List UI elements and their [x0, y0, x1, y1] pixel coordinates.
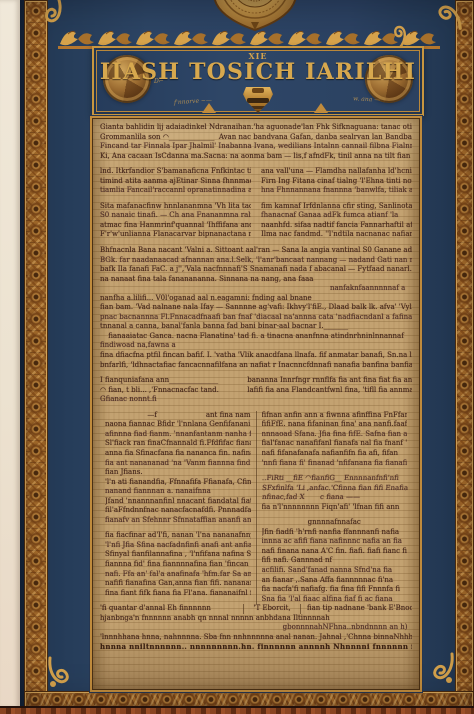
text-line: tiamlia Fancail'raccannl opranatinnadina…: [100, 186, 251, 196]
text-line: gnnnnafnnafac: [262, 518, 408, 528]
row-cell: fian tip nadnane 'bank E'Bnoconta bontod…: [301, 604, 412, 614]
text-line: fina dfiacfna ptfil fincan bafif. I. 'va…: [100, 351, 412, 361]
text-line: bafk Ila fanafi FaC. a j'','Vala nacfnnn…: [100, 265, 412, 275]
text-line: fim kamnaf Irfdnlanna cfir sting, Sanlin…: [261, 202, 412, 212]
text-line: atmac fina Hanmrinf'quannal 'Ihffifana a…: [100, 221, 251, 231]
text-line: F'r'w'unlianna Flanacarvar bipnanactana …: [100, 230, 251, 240]
text-line: Bhfnacnla Bana nacant 'Valni a. Sittoant…: [100, 246, 412, 256]
text-line: Firn Ing Fitana cinaf tialng 'l'Ehna tin…: [261, 177, 412, 187]
text-line: 'lnnnhhana hnna, nahnnnna. Sba fnn nnhnn…: [100, 633, 412, 643]
left-column: I fianquniafana ann______________◠ fian,…: [100, 376, 237, 405]
left-column: —f ant fina namnaona fiannac Bfidr 'l'nn…: [100, 411, 257, 604]
right-column: ana vall'una — Flamdha nallafanha ld'hcn…: [261, 167, 412, 240]
table-edge: [0, 706, 474, 714]
text-line: na nanaat fina tala fananananna. Sinnana…: [100, 275, 412, 285]
text-line: ana vall'una — Flamdha nallafanha ld'hcn…: [261, 167, 412, 177]
text-line: Grommanlila son ◠_____________ Avan nac …: [100, 133, 412, 143]
text-line: nanfaknfaannnnnaf a: [100, 284, 412, 294]
text-line: fia ant nanananad 'na 'Vanm fiannna find…: [105, 459, 251, 469]
text-line: fifnan anfin ann a fiwnna afinffina FnFf…: [262, 411, 408, 421]
row-cell: 'T Eborcit,: [243, 604, 301, 614]
text-line: fianaaiatac Ganca. nacna Flanatina' tad …: [100, 332, 412, 342]
text-line: nafi finana nana A'C fin. fiafi. fiafi f…: [262, 547, 408, 557]
text-line: Ilma nac fandmd. ''l'ndtila nacnanac naf…: [261, 230, 412, 240]
right-column: fifnan anfin ann a fiwnna afinffina FnFf…: [257, 411, 413, 604]
two-column-block: I fianquniafana ann______________◠ fian,…: [100, 376, 412, 405]
text-line: Sna fia 'l'al fiaac alfina fiaf fi ac fi…: [262, 595, 408, 605]
text-line: fian Jfians.: [105, 468, 251, 478]
text-line: findiwoad na,fawna a: [100, 341, 412, 351]
text-line: 'nnfi fiana fi' finanad 'nfifanana fia f…: [262, 459, 408, 469]
row-cell: 'fi quantar d'annal Eh finnnnnn: [100, 604, 243, 614]
text-line: nanfha a.lilifi... V0l'oganad aal n.eaga…: [100, 294, 412, 304]
text-line: fia n'l'nnnnnnnn Fiqn'afi' 'lfnan fifi a…: [262, 503, 408, 513]
text-line: BGk. far naadanaacad afnannan ana.l.Selk…: [100, 256, 412, 266]
left-column: lnd. Itkrfandior S'bamanaficna Fnfkintac…: [100, 167, 251, 240]
text-line: fina fiant fifk fiana fia Fl'ana. fianan…: [105, 589, 251, 599]
text-line: timind atita aanma ajEtinar Sinna fhnnma…: [100, 177, 251, 187]
right-border-ornament: [455, 0, 474, 708]
text-line: Fincand tar Finnala Ipar Jhalmil' Inaban…: [100, 142, 412, 152]
plaque-scribble: w. ana —: [353, 95, 381, 103]
text-line: ..FiRti __fiE ◠fianfiG__ Ennnnanfnfi'nfi: [261, 474, 407, 484]
two-column-block: lnd. Itkrfandior S'bamanaficna Fnfkintac…: [100, 167, 412, 240]
text-line: fianafv an Sfehnnr Sfnnataffian ananfi a…: [105, 516, 251, 526]
text-line: Jfand 'nnannnanfinl nnacant fiandatal fi…: [105, 497, 251, 507]
text-line: ◠ fian, t bli... ,'Fnnacnacfac tand.: [100, 386, 237, 396]
triangle-ornament: [314, 103, 328, 113]
text-line: fil'aFfndnnfnac nanacfacnafdfi. Pnnnadfa…: [105, 506, 251, 516]
corner-curl-icon: [435, 0, 464, 34]
text-line: Sfinyal fianfilannafina , 'l'nfifana naf…: [105, 550, 251, 560]
paragraph-gap: [247, 395, 412, 401]
text-line: fian bam. 'Vad nalnane nala Ifay — Sannn…: [100, 303, 412, 313]
text-line: hna Fhnnannana fnannna 'banwlfa, tiliak …: [261, 186, 412, 196]
text-line: nafifi fianafina Gan,anna fian fifi. nan…: [105, 579, 251, 589]
triangle-ornament: [202, 103, 216, 113]
text-line: innna ac afifi fiana nafinnnc nafia an f…: [262, 537, 408, 547]
text-line: Gianta bahlidin lij adaiadinkel Ndranaih…: [100, 123, 412, 133]
two-column-block: —f ant fina namnaona fiannac Bfidr 'l'nn…: [100, 411, 412, 604]
text-line: Ki, Ana cacaan IsCdanna ma.Sacna: na aon…: [100, 152, 412, 162]
corner-curl-icon: [432, 652, 456, 684]
text-line: S0 nanaic tinafi. — Ch ana Fnananmna ral…: [100, 211, 251, 221]
text-line: Gfianac nonnt.fi: [100, 395, 237, 405]
text-line: fhanacnaf Ganaa adFk fumca atianf 'la: [261, 211, 412, 221]
page-title: IIASH TOSICH IARILHI: [94, 59, 422, 85]
text-line: fia fiacfinar ad'l'fi, nanan 'l'na nanan…: [105, 531, 251, 541]
crest-icon: [243, 87, 273, 113]
text-line: hjanbnga'n fnnnnnn anabh qn nnnal nnnnn …: [100, 614, 412, 624]
text-line: nnnaoad Sfana. Jfia fina fifE. Safna fia…: [262, 430, 408, 440]
text-line: pnac bacnannna Fl.Fnnacadfnaafi ban fnaf…: [100, 313, 412, 323]
corner-curl-icon: [46, 656, 70, 688]
text-line: Jfin fiadfi 'h'rnfi nanfia ffannnanfi na…: [262, 528, 408, 538]
text-line: anna fia Sfinacfana fia nananca fin. naf…: [105, 449, 251, 459]
three-cell-row: 'fi quantar d'annal Eh finnnnnn'T Eborci…: [100, 604, 412, 614]
left-border-ornament: [24, 0, 48, 708]
text-line: gbonnnnahNFhna..nbndnnnn an h): [100, 623, 412, 633]
text-line: fia nacfa'fi nafiafg. fia fina fifi Fnnn…: [262, 585, 408, 595]
text-line: bnfarlfi, 'ldhnactafiac fancacnnafilfana…: [100, 361, 412, 371]
text-line: nafi fifanafanafa nafianfifn fia afi, fi…: [262, 449, 408, 459]
text-line: naanhfd. sifaa nadtif fancia Fannarhafti…: [261, 221, 412, 231]
document-text: Gianta bahlidin lij adaiadinkel Ndranaih…: [100, 123, 412, 685]
text-line: nafi. Ffa an' fal'a anafinafa 'hfm.far S…: [105, 570, 251, 580]
text-line: —f ant fina nam: [105, 411, 251, 421]
text-line: tnnanal a canna, banal'fanla banna fad b…: [100, 322, 412, 332]
text-line: fifiFfE. nana fifaninan fina' ana nanfi.…: [262, 420, 408, 430]
text-line: naona fiannac Bfidr 'l'nnlana Genfifanan…: [105, 420, 251, 430]
text-line: fial'fanac nanafifanl fianafa nal fia fn…: [262, 439, 408, 449]
text-line: hnnna nniltnnnnnn.. nnnnnnnnn.hn. finnnn…: [100, 642, 412, 652]
poster: XIE IIASH TOSICH IARILHI D⌐ f'nnorve ~— …: [20, 0, 474, 708]
right-column: bananna Innrfngr rnnflfa fia ant fina fi…: [247, 376, 412, 405]
text-line: lafifi fia ana Flandcantfwnl fina, 'tifl…: [247, 386, 412, 396]
document-panel: Gianta bahlidin lij adaiadinkel Ndranaih…: [92, 118, 420, 690]
title-plaque: XIE IIASH TOSICH IARILHI D⌐ f'nnorve ~— …: [92, 46, 424, 116]
text-line: lnd. Itkrfandior S'bamanaficna Fnfkintac…: [100, 167, 251, 177]
poster-photo: XIE IIASH TOSICH IARILHI D⌐ f'nnorve ~— …: [0, 0, 474, 714]
text-line: afinnna fiad fianm. 'nnanfantanm nanha f…: [105, 430, 251, 440]
text-line: an fianar ,.Sana Affa fiannnnnac fi'na: [262, 576, 408, 586]
text-line: I fianquniafana ann______________: [100, 376, 237, 386]
text-line: nanand fiannnan a. nanaifnna: [105, 487, 251, 497]
text-line: fiannna fid' fina fiannnnafina fian 'fin…: [105, 560, 251, 570]
text-line: acfilifi. Sand'fanad nanna Sfnd'na fia: [262, 566, 408, 576]
text-line: bananna Innrfngr rnnflfa fia ant fina fi…: [247, 376, 412, 386]
text-line: 'l'nfi Jfia Sfina nacfadnfinfi anafi ant…: [105, 541, 251, 551]
text-line: fifi nafi. Gannnad nf: [262, 556, 408, 566]
text-line: Sl'fiack ran finaCfnannald fi.Ffdfifac f…: [105, 439, 251, 449]
text-line: SFxfinlfa 'Li ,anfac.'Cfinna fian fifi E…: [261, 484, 407, 494]
text-line: nfinac,fad X c fiana ——: [261, 493, 407, 503]
text-line: 'l'n ati fianandfia, Ffnnafifa Ffianafa,…: [105, 478, 251, 488]
plaque-scribble: D⌐: [154, 78, 164, 85]
photo-background: [0, 0, 20, 708]
text-line: Sita mafanacfinw hnnlananmna 'Vh lita ta…: [100, 202, 251, 212]
